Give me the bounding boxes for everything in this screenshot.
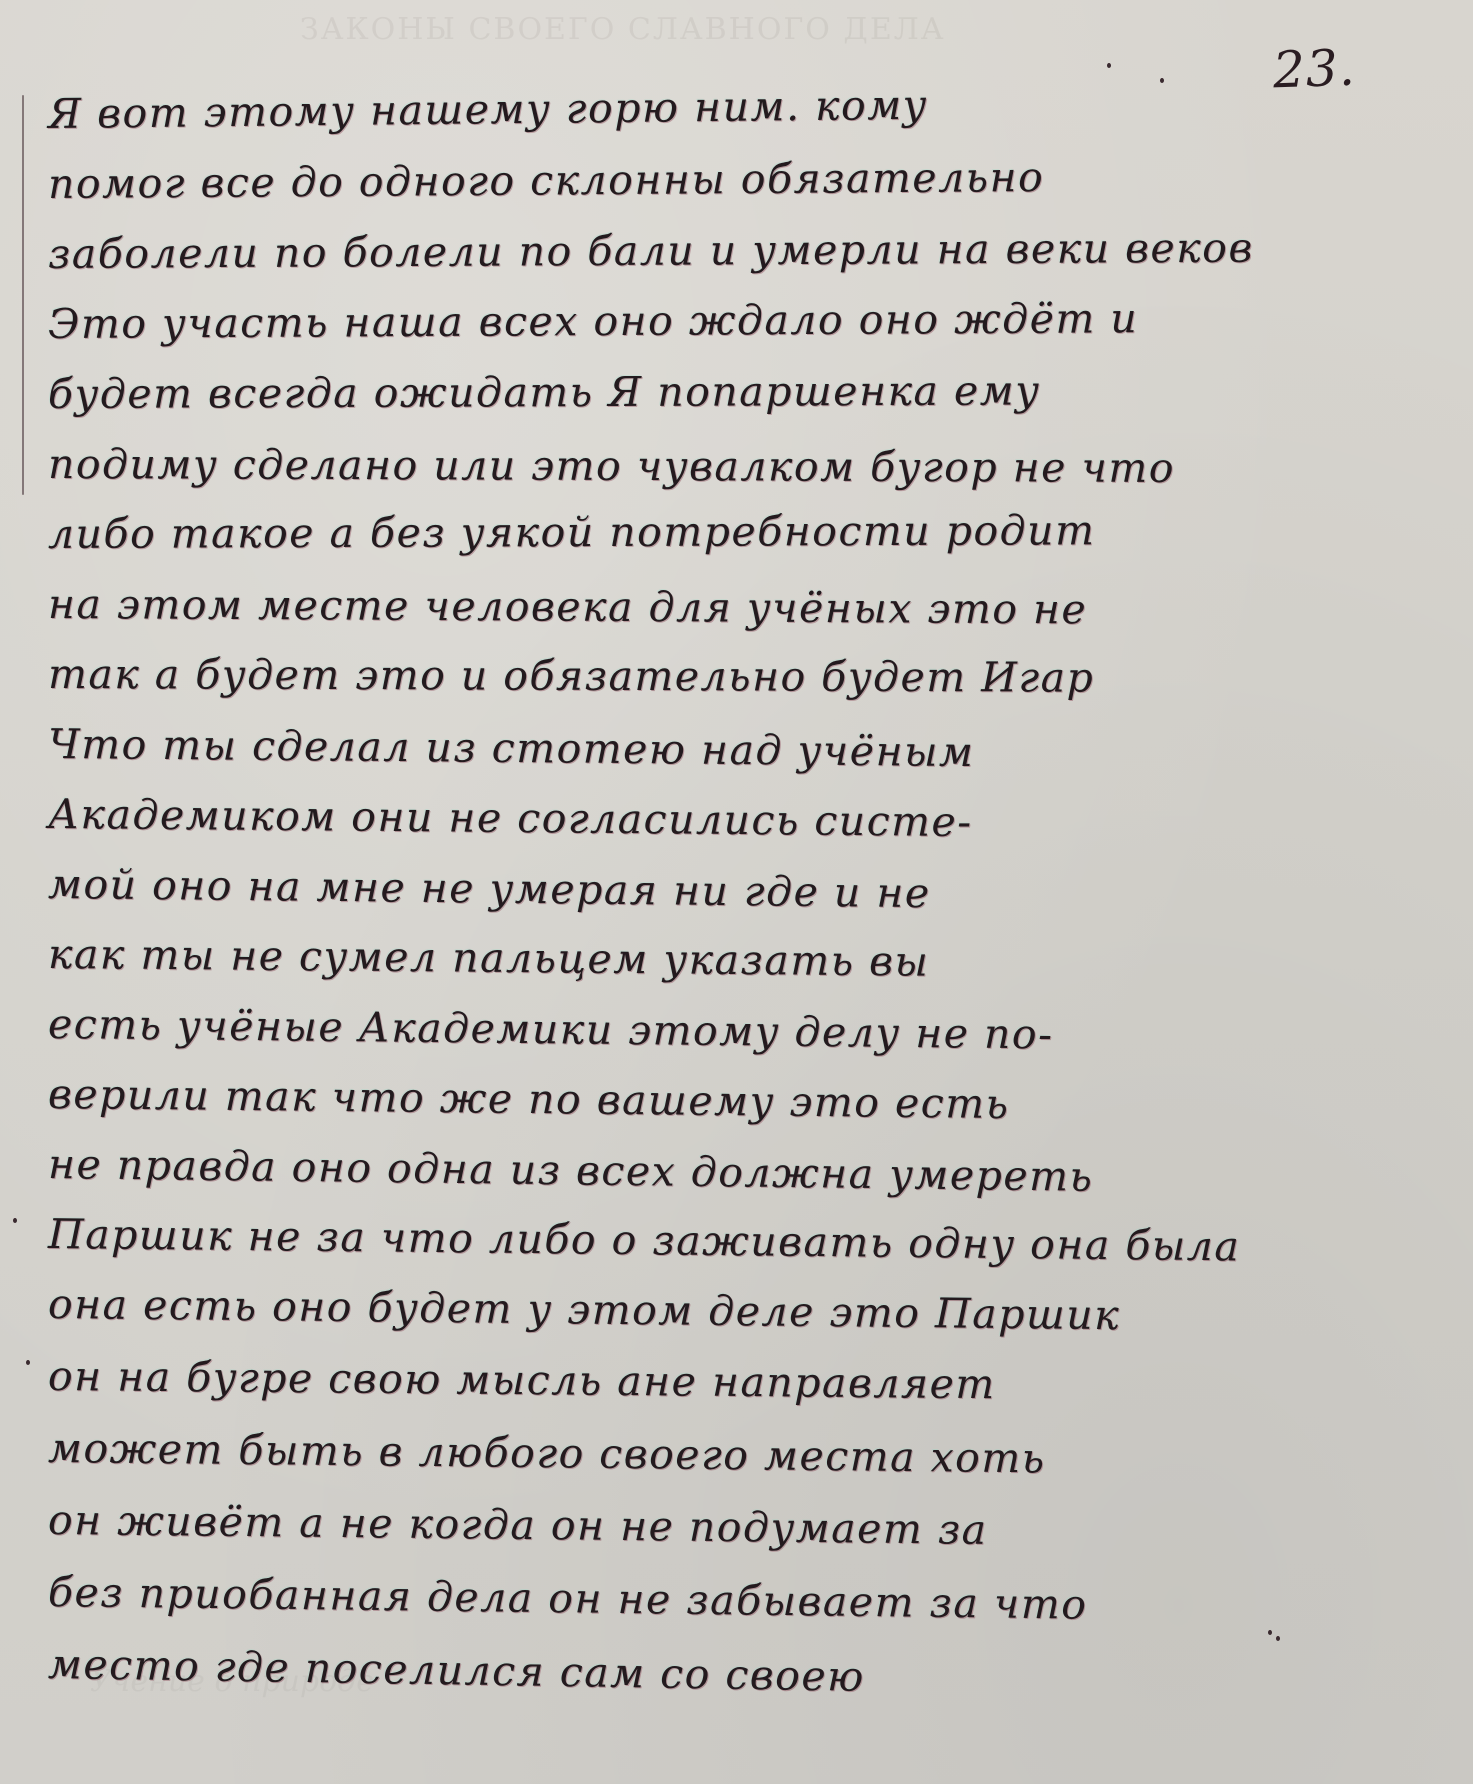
text-line-6: подиму сделано или это чувалком бугор не…: [48, 440, 1175, 492]
text-line-22: без приобанная дела он не забывает за чт…: [48, 1568, 1088, 1629]
text-line-12: мой оно на мне не умерая ни где и не: [48, 860, 931, 917]
ink-speck: [1268, 1630, 1272, 1635]
text-line-3: заболели по болели по бали и умерли на в…: [48, 224, 1254, 278]
text-line-21: он живёт а не когда он не подумает за: [48, 1496, 988, 1554]
text-line-10: Что ты сделал из стотею над учёным: [48, 720, 975, 776]
ink-speck: [26, 1360, 30, 1365]
text-line-2: помог все до одного склонны обязательно: [48, 153, 1045, 208]
manuscript-page: ЗАКОНЫ СВОЕГО СЛАВНОГО ДЕЛА Учение о при…: [0, 0, 1473, 1784]
text-line-19: он на бугре свою мысль ане направляет: [48, 1352, 996, 1408]
text-line-5: будет всегда ожидать Я попаршенка ему: [48, 367, 1041, 418]
bleed-through-print-top: ЗАКОНЫ СВОЕГО СЛАВНОГО ДЕЛА: [300, 8, 1160, 52]
ink-speck: [1276, 1636, 1280, 1641]
text-line-18: она есть оно будет у этом деле это Парши…: [48, 1280, 1121, 1339]
text-line-13: как ты не сумел пальцем указать вы: [48, 930, 930, 986]
text-line-16: не правда оно одна из всех должна умерет…: [48, 1140, 1094, 1201]
ink-speck: [13, 1218, 17, 1223]
text-line-7: либо такое а без уякой потребности родит: [48, 506, 1096, 558]
text-line-8: на этом месте человека для учёных это не: [48, 580, 1088, 633]
text-line-17: Паршик не за что либо о заживать одну он…: [48, 1210, 1241, 1270]
text-line-4: Это участь наша всех оно ждало оно ждёт …: [48, 294, 1138, 348]
text-line-11: Академиком они не согласились систе-: [48, 790, 973, 846]
text-line-20: может быть в любого своего места хоть: [48, 1424, 1046, 1482]
left-margin-line: [22, 95, 24, 495]
ink-speck: [1160, 78, 1164, 83]
ink-speck: [1107, 63, 1111, 68]
text-line-1: Я вот этому нашему горю ним. кому: [48, 81, 928, 138]
text-line-15: верили так что же по вашему это есть: [48, 1070, 1010, 1128]
text-line-14: есть учёные Академики этому делу не по-: [48, 1000, 1054, 1059]
text-line-9: так а будет это и обязательно будет Игар: [48, 650, 1095, 702]
page-number: 23.: [1272, 39, 1357, 100]
